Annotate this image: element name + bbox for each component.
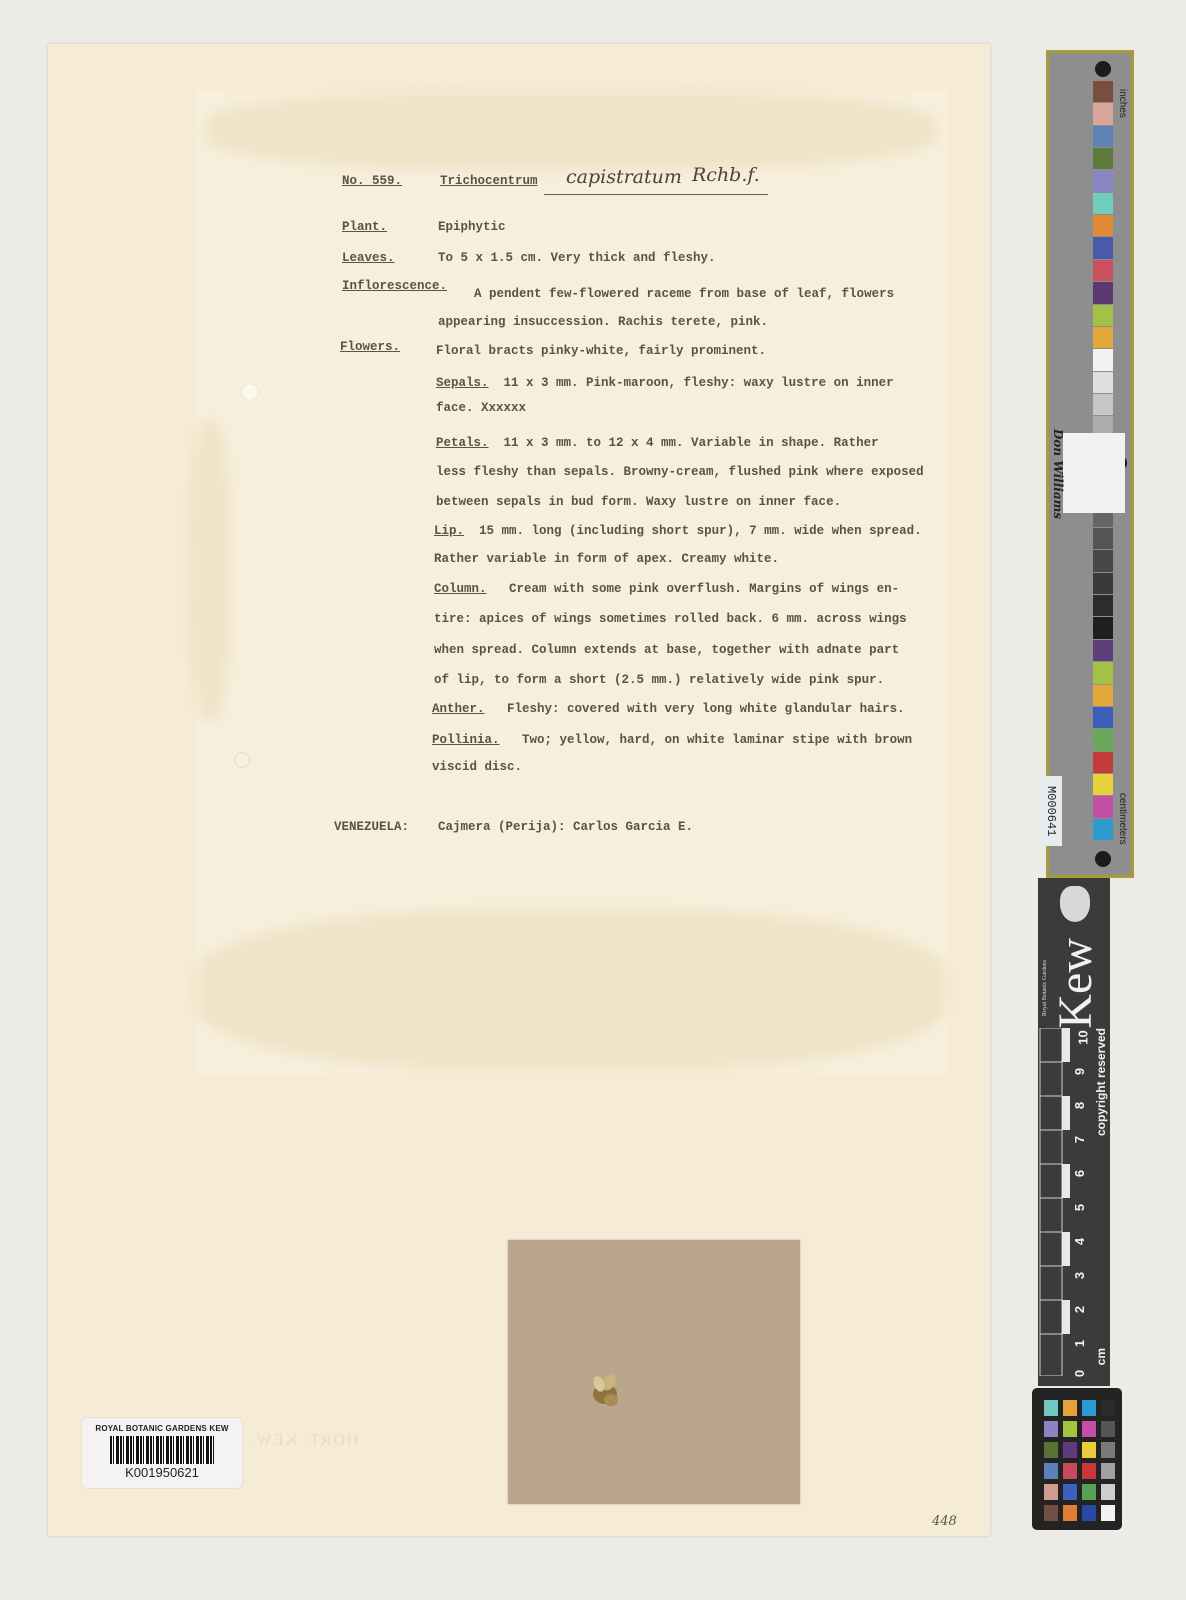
sub-entry-column-cont3: of lip, to form a short (2.5 mm.) relati… [434,673,884,687]
punch-hole [241,383,259,401]
entry-text-leaves: To 5 x 1.5 cm. Very thick and fleshy. [438,251,716,265]
color-swatch [1093,282,1113,303]
color-swatch [1093,774,1113,795]
entry-label-inflorescence: Inflorescence. [342,279,447,293]
faded-stamp: HORT. KEW. [250,1432,358,1450]
color-swatch [1093,305,1113,326]
color-swatch [1093,372,1113,393]
sub-entry-sepals: Sepals. 11 x 3 mm. Pink-maroon, fleshy: … [436,376,894,390]
sub-entry-petals: Petals. 11 x 3 mm. to 12 x 4 mm. Variabl… [436,436,879,450]
barcode-image [110,1436,214,1464]
color-swatch [1093,617,1113,638]
entry-text-inflorescence: A pendent few-flowered raceme from base … [474,287,894,301]
sub-entry-pollinia-cont: viscid disc. [432,760,522,774]
sub-entry-column: Column. Cream with some pink overflush. … [434,582,899,596]
color-swatch [1093,573,1113,594]
sub-entry-column-cont2: when spread. Column extends at base, tog… [434,643,899,657]
barcode-number: K001950621 [82,1465,242,1480]
color-checker-card [1032,1388,1122,1530]
checker-patch [1063,1484,1077,1500]
checker-patch [1082,1421,1096,1437]
checker-patch [1044,1463,1058,1479]
entry-text-flowers: Floral bracts pinky-white, fairly promin… [436,344,766,358]
checker-patch [1063,1400,1077,1416]
units-inches: inches [1117,89,1128,118]
sub-entry-pollinia: Pollinia. Two; yellow, hard, on white la… [432,733,912,747]
color-swatch [1093,237,1113,258]
sub-entry-anther: Anther. Fleshy: covered with very long w… [432,702,905,716]
units-centimeters: centimeters [1117,793,1128,845]
authority-handwritten: Rchb.f. [692,164,760,186]
kew-subtitle: Royal Botanic Gardens [1042,960,1048,1016]
color-swatch [1093,260,1113,281]
entry-label-plant: Plant. [342,220,387,234]
sub-entry-lip: Lip. 15 mm. long (including short spur),… [434,524,922,538]
color-swatch [1093,193,1113,214]
checker-patch [1082,1505,1096,1521]
color-swatch [1093,215,1113,236]
color-swatch [1093,528,1113,549]
color-swatch [1093,707,1113,728]
dried-flower-specimen [585,1370,621,1410]
institution-name: ROYAL BOTANIC GARDENS KEW [82,1424,242,1433]
checker-patch [1044,1421,1058,1437]
checker-patch [1101,1505,1115,1521]
color-swatch [1093,595,1113,616]
unit-label: cm [1094,1348,1108,1365]
sub-entry-lip-cont: Rather variable in form of apex. Creamy … [434,552,779,566]
title-underline [544,194,768,195]
scale-numbers: 10 9 8 7 6 5 4 3 2 1 0 [1076,1028,1096,1368]
color-swatch [1093,349,1113,370]
color-swatch [1093,729,1113,750]
color-swatch [1093,640,1113,661]
sub-entry-sepals-cont: face. Xxxxxx [436,401,526,415]
brand-name: Don Williams [1051,429,1065,519]
royal-crest-icon [1060,886,1090,922]
species-handwritten: capistratum [566,166,682,188]
sub-entry-column-cont1: tire: apices of wings sometimes rolled b… [434,612,907,626]
locality-country: VENEZUELA: [334,820,409,834]
color-swatch [1093,170,1113,191]
entry-text-plant: Epiphytic [438,220,506,234]
color-swatch [1093,148,1113,169]
color-reference-strip: Don Williams inches centimeters [1046,50,1134,878]
checker-patch [1063,1463,1077,1479]
checker-patch [1063,1505,1077,1521]
copyright-text: copyright reserved [1094,1028,1108,1136]
entry-text-inflorescence-cont: appearing insuccession. Rachis terete, p… [438,315,768,329]
page-number: 448 [932,1514,957,1529]
punch-hole [234,752,250,768]
barcode-label: ROYAL BOTANIC GARDENS KEW K001950621 [82,1418,242,1488]
color-swatch [1093,752,1113,773]
checker-patch [1082,1442,1096,1458]
color-swatch [1093,662,1113,683]
typed-description-sheet: No. 559. Trichocentrum capistratum Rchb.… [196,90,948,1074]
resolution-target [1063,433,1125,513]
checker-patch [1063,1421,1077,1437]
color-swatch [1093,327,1113,348]
color-swatch [1093,126,1113,147]
color-swatch [1093,81,1113,102]
sub-entry-petals-cont2: between sepals in bud form. Waxy lustre … [436,495,841,509]
color-swatch [1093,550,1113,571]
sub-entry-petals-cont1: less fleshy than sepals. Browny-cream, f… [436,465,924,479]
entry-label-flowers: Flowers. [340,340,400,354]
checker-patch [1044,1400,1058,1416]
cm-scale [1038,1028,1072,1376]
locality-text: Cajmera (Perija): Carlos Garcia E. [438,820,693,834]
checker-patch [1101,1463,1115,1479]
specimen-number: No. 559. [342,174,402,188]
checker-patch [1082,1400,1096,1416]
color-swatch [1093,819,1113,840]
kew-logo: Kew [1048,938,1103,1029]
checker-patch [1044,1442,1058,1458]
genus-name: Trichocentrum [440,174,538,188]
entry-label-leaves: Leaves. [342,251,395,265]
checker-patch [1101,1484,1115,1500]
checker-patch [1101,1442,1115,1458]
specimen-packet [508,1240,800,1504]
color-swatch [1093,796,1113,817]
checker-patch [1101,1421,1115,1437]
checker-patch [1082,1484,1096,1500]
checker-patch [1082,1463,1096,1479]
color-swatch [1093,394,1113,415]
kew-scale-bar: Kew Royal Botanic Gardens 1 [1038,878,1110,1386]
checker-patch [1044,1484,1058,1500]
strip-code: M000641 [1040,776,1062,846]
color-swatch [1093,103,1113,124]
checker-patch [1044,1505,1058,1521]
registration-dot [1095,61,1111,77]
color-swatch [1093,685,1113,706]
checker-patch [1063,1442,1077,1458]
checker-patch [1101,1400,1115,1416]
registration-dot [1095,851,1111,867]
